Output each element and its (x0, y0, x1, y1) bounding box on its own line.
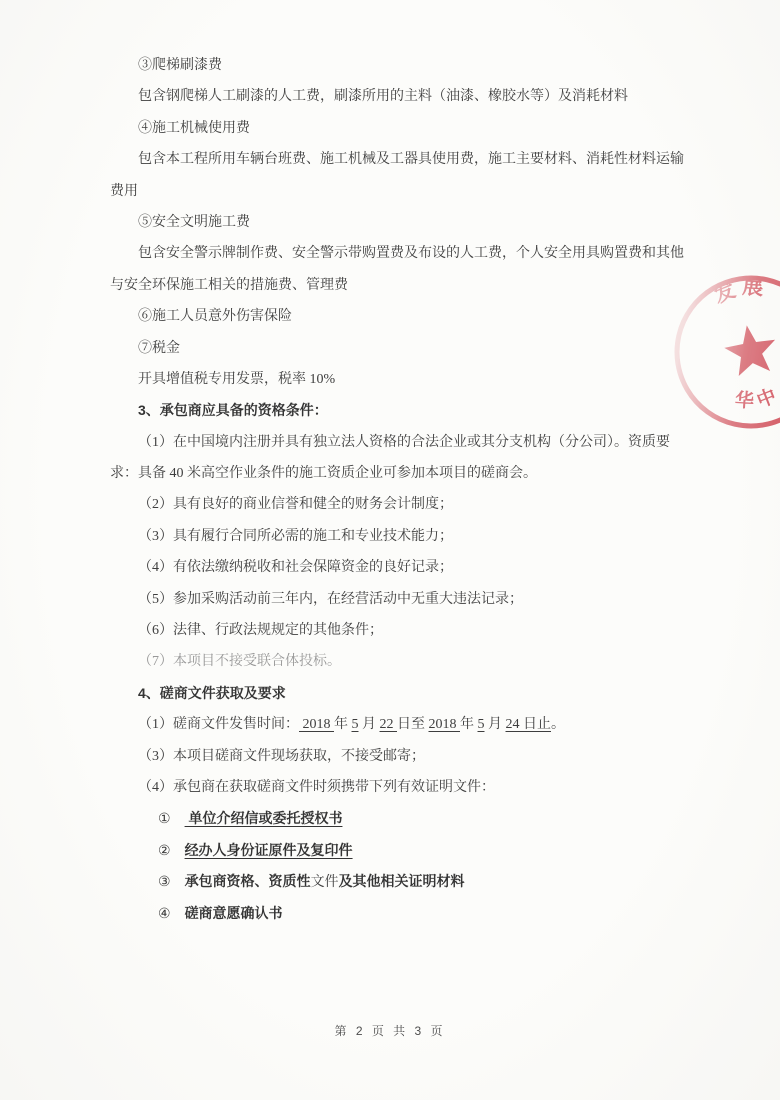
fee-item-4-desc-2: 费用 (110, 176, 710, 207)
text-run: 5 (352, 717, 359, 732)
required-doc-4: ④ 磋商意愿确认书 (110, 898, 710, 929)
text-run: ⑥施工人员意外伤害保险 (138, 309, 292, 324)
fee-item-4-title: ④施工机械使用费 (110, 113, 710, 144)
fee-item-3-desc: 包含钢爬梯人工刷漆的人工费，刷漆所用的主料（油漆、橡胶水等）及消耗材料 (110, 81, 710, 112)
text-run: 文件 (311, 875, 339, 890)
text-run: （1）在中国境内注册并具有独立法人资格的合法企业或其分支机构（分公司）。资质要 (138, 435, 670, 450)
text-run: ① (158, 812, 185, 827)
text-run: （7）本项目不接受联合体投标。 (138, 654, 341, 669)
text-run: （4）承包商在获取磋商文件时须携带下列有效证明文件： (138, 780, 495, 795)
text-run: 费用 (110, 184, 138, 199)
qualification-2: （2）具有良好的商业信誉和健全的财务会计制度； (110, 489, 710, 520)
text-run: 单位介绍信或委托授权书 (185, 810, 343, 826)
text-run: ② (158, 844, 185, 859)
svg-text:发展: 发展 (709, 270, 772, 308)
text-run: 承包商资格、资质性 (185, 873, 311, 889)
qualification-1-line-2: 求：具备 40 米高空作业条件的施工资质企业可参加本项目的磋商会。 (110, 458, 710, 489)
qualification-1-line-1: （1）在中国境内注册并具有独立法人资格的合法企业或其分支机构（分公司）。资质要 (110, 427, 710, 458)
text-run: （5）参加采购活动前三年内，在经营活动中无重大违法记录； (138, 592, 523, 607)
text-run: （1）磋商文件发售时间： (138, 717, 299, 732)
text-run: 经办人身份证原件及复印件 (185, 842, 353, 858)
fee-item-5-desc-1: 包含安全警示牌制作费、安全警示带购置费及布设的人工费，个人安全用具购置费和其他 (110, 238, 710, 269)
text-run: 日至 (397, 717, 429, 732)
doc-sale-time: （1）磋商文件发售时间： 2018 年 5 月 22 日至 2018 年 5 月… (110, 709, 710, 740)
qualification-6: （6）法律、行政法规规定的其他条件； (110, 615, 710, 646)
text-run: ④ (158, 907, 185, 922)
page-footer: 第 2 页 共 3 页 (0, 1022, 780, 1039)
tax-invoice-note: 开具增值税专用发票，税率 10% (110, 364, 710, 395)
text-run: 4、磋商文件获取及要求 (138, 685, 286, 701)
seal-star-icon (721, 321, 779, 377)
fee-item-6-title: ⑥施工人员意外伤害保险 (110, 301, 710, 332)
fee-item-3-title: ③爬梯刷漆费 (110, 50, 710, 81)
text-run: ⑦税金 (138, 341, 180, 356)
text-run: 及其他相关证明材料 (339, 873, 465, 889)
text-run: 开具增值税专用发票，税率 10% (138, 372, 335, 387)
required-doc-3: ③ 承包商资格、资质性文件及其他相关证明材料 (110, 866, 710, 897)
required-doc-1: ① 单位介绍信或委托授权书 (110, 803, 710, 834)
section-4-heading: 4、磋商文件获取及要求 (110, 678, 710, 709)
text-run: 磋商意愿确认书 (185, 905, 283, 921)
text-run: 年 (334, 717, 352, 732)
text-run: 求：具备 40 米高空作业条件的施工资质企业可参加本项目的磋商会。 (110, 466, 537, 481)
qualification-5: （5）参加采购活动前三年内，在经营活动中无重大违法记录； (110, 584, 710, 615)
seal-top-text: 发展 (709, 270, 772, 308)
fee-item-4-desc-1: 包含本工程所用车辆台班费、施工机械及工器具使用费，施工主要材料、消耗性材料运输 (110, 144, 710, 175)
text-run: （3）本项目磋商文件现场获取，不接受邮寄； (138, 749, 425, 764)
red-seal-stamp: 发展 华中 (641, 242, 780, 462)
fee-item-5-desc-2: 与安全环保施工相关的措施费、管理费 (110, 270, 710, 301)
required-doc-2: ② 经办人身份证原件及复印件 (110, 835, 710, 866)
qualification-3: （3）具有履行合同所必需的施工和专业技术能力； (110, 521, 710, 552)
text-run: 2018 (299, 717, 334, 732)
text-run: ③爬梯刷漆费 (138, 58, 222, 73)
doc-obtain-note: （3）本项目磋商文件现场获取，不接受邮寄； (110, 741, 710, 772)
text-run: ⑤安全文明施工费 (138, 215, 250, 230)
fee-item-5-title: ⑤安全文明施工费 (110, 207, 710, 238)
qualification-7: （7）本项目不接受联合体投标。 (110, 646, 710, 677)
text-run: 月 (359, 717, 380, 732)
fee-item-7-title: ⑦税金 (110, 333, 710, 364)
text-run: 年 (460, 717, 478, 732)
text-run: 3、承包商应具备的资格条件： (138, 402, 328, 418)
text-run: （2）具有良好的商业信誉和健全的财务会计制度； (138, 497, 453, 512)
text-run: 包含安全警示牌制作费、安全警示带购置费及布设的人工费，个人安全用具购置费和其他 (138, 246, 684, 261)
text-run: 包含钢爬梯人工刷漆的人工费，刷漆所用的主料（油漆、橡胶水等）及消耗材料 (138, 89, 628, 104)
text-run: （4）有依法缴纳税收和社会保障资金的良好记录； (138, 560, 453, 575)
text-run: （6）法律、行政法规规定的其他条件； (138, 623, 383, 638)
text-run: 2018 (429, 717, 461, 732)
text-run: 22 (380, 717, 398, 732)
text-run: ④施工机械使用费 (138, 121, 250, 136)
doc-required-note: （4）承包商在获取磋商文件时须携带下列有效证明文件： (110, 772, 710, 803)
text-run: 5 (478, 717, 485, 732)
text-run: 。 (551, 717, 565, 732)
text-run: 包含本工程所用车辆台班费、施工机械及工器具使用费，施工主要材料、消耗性材料运输 (138, 152, 684, 167)
seal-bottom-text: 华中 (731, 381, 780, 417)
text-run: 24 日止 (506, 717, 552, 732)
svg-text:华中: 华中 (731, 381, 780, 417)
text-run: 与安全环保施工相关的措施费、管理费 (110, 278, 348, 293)
document-body: ③爬梯刷漆费包含钢爬梯人工刷漆的人工费，刷漆所用的主料（油漆、橡胶水等）及消耗材… (110, 50, 710, 929)
text-run: 月 (485, 717, 506, 732)
qualification-4: （4）有依法缴纳税收和社会保障资金的良好记录； (110, 552, 710, 583)
text-run: ③ (158, 875, 185, 890)
section-3-heading: 3、承包商应具备的资格条件： (110, 395, 710, 426)
text-run: （3）具有履行合同所必需的施工和专业技术能力； (138, 529, 453, 544)
